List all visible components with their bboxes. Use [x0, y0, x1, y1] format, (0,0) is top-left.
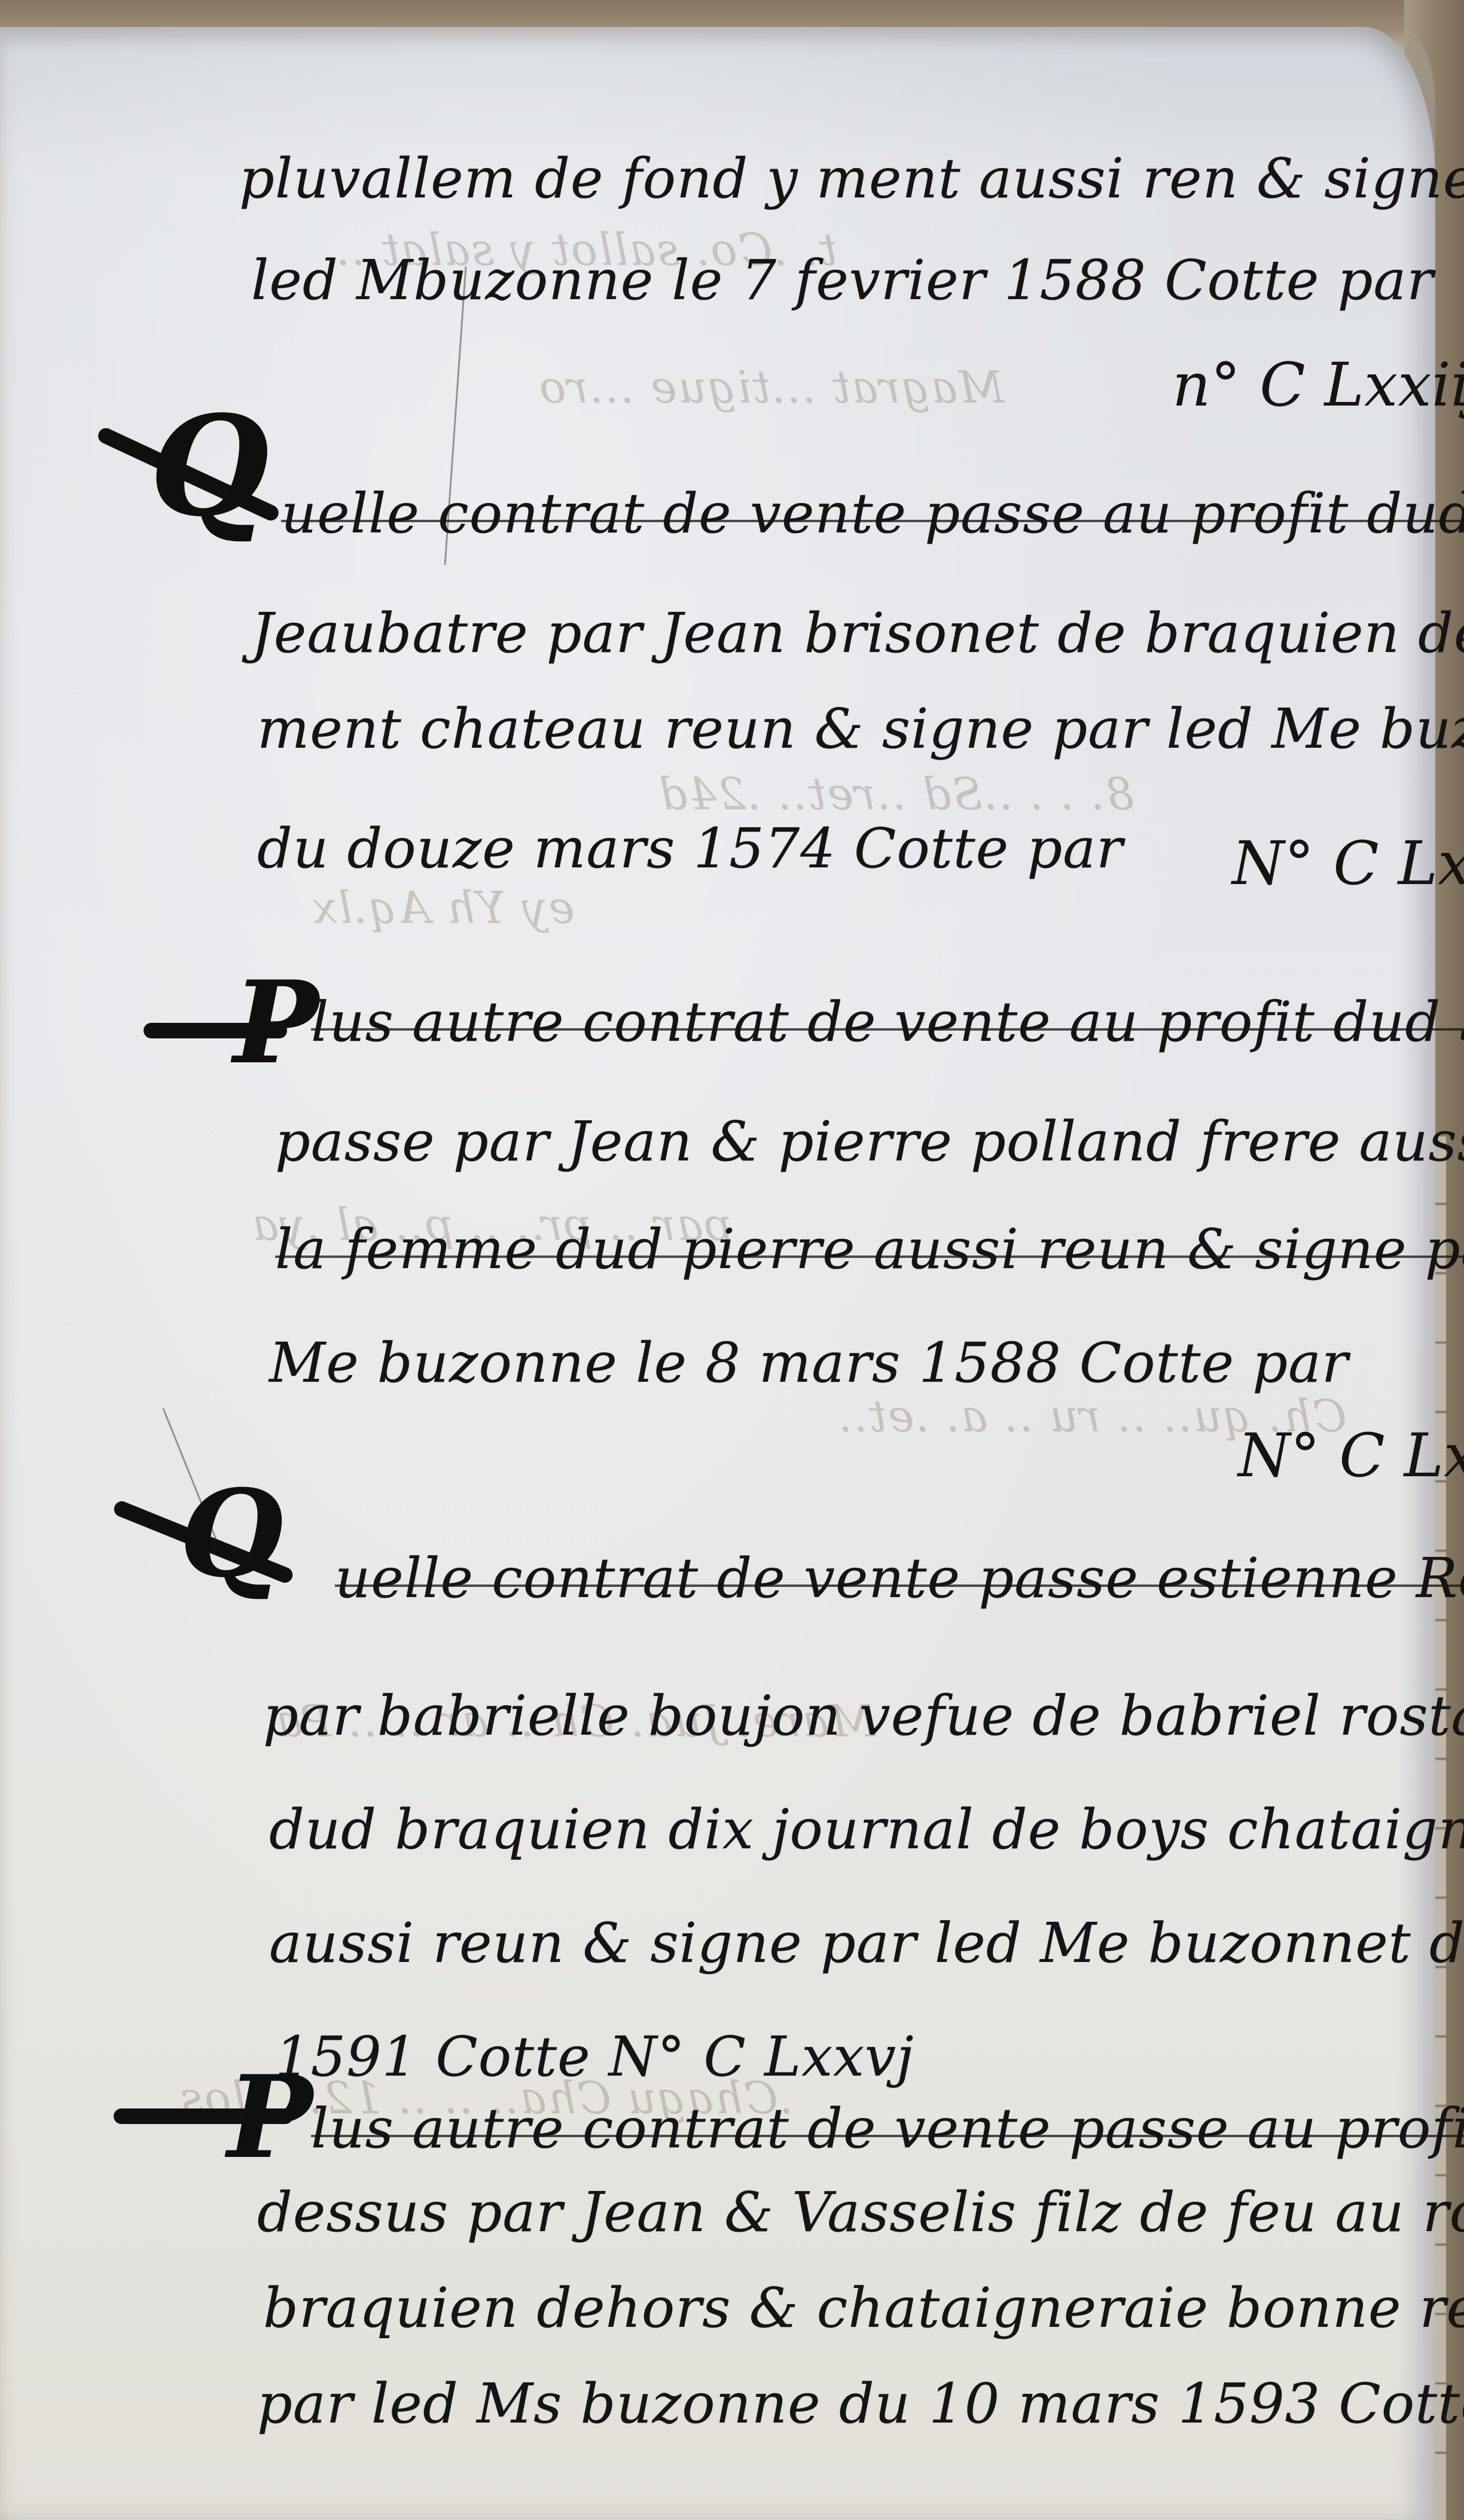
bleed-through-text: Magrat ...tigue ...ro	[538, 362, 1004, 413]
entry-line: pluvallem de fond y ment aussi ren & sig…	[239, 147, 1464, 211]
decorated-initial: Q	[150, 398, 269, 535]
entry-line: uelle contrat de vente passe au profit d…	[281, 482, 1464, 546]
entry-line: lus autre contrat de vente passe au prof…	[311, 2097, 1464, 2161]
entry-line: dessus par Jean & Vasselis filz de feu a…	[257, 2180, 1464, 2244]
entry-line: du douze mars 1574 Cotte par	[257, 816, 1123, 880]
entry-line: 1591 Cotte N° C Lxxvj	[275, 2025, 914, 2089]
entry-line: led Mbuzonne le 7 fevrier 1588 Cotte par	[251, 248, 1433, 312]
entry-line: Jeaubatre par Jean brisonet de braquien …	[251, 601, 1464, 665]
bleed-through-text: 8. . . ..Sd ..ret.. .24d	[658, 769, 1134, 820]
entry-line: par led Ms buzonne du 10 mars 1593 Cotte…	[257, 2372, 1464, 2436]
decorated-initial: P	[233, 966, 319, 1080]
entry-reference-number: N° C Lxx	[1232, 828, 1464, 898]
entry-reference-number: n° C Lxxiij	[1172, 350, 1464, 420]
entry-line: braquien dehors & chataigneraie bonne re…	[263, 2276, 1464, 2340]
entry-line: uelle contrat de vente passe estienne Re…	[335, 1546, 1464, 1610]
entry-line: Me buzonne le 8 mars 1588 Cotte par	[269, 1331, 1349, 1395]
entry-line: aussi reun & signe par led Me buzonnet d…	[269, 1911, 1464, 1975]
entry-line: passe par Jean & pierre polland frere au…	[275, 1110, 1464, 1174]
entry-line: dud braquien dix journal de boys chataig…	[269, 1797, 1464, 1861]
entry-line: lus autre contrat de vente au profit dud…	[311, 990, 1464, 1054]
bleed-through-text: ey Yh Aq.lx	[311, 882, 575, 934]
manuscript-page: t. .Co. sallot y salat... Magrat ...tigu…	[0, 27, 1435, 2520]
entry-line: la femme dud pierre aussi reun & signe p…	[275, 1217, 1464, 1281]
decorated-initial: Q	[179, 1474, 283, 1594]
entry-line: par babrielle boujon vefue de babriel ro…	[263, 1684, 1464, 1748]
entry-line: ment chateau reun & signe par led Me buz…	[257, 697, 1464, 761]
decorated-initial: P	[227, 2061, 313, 2174]
entry-reference-number: N° C Lx	[1238, 1421, 1464, 1491]
